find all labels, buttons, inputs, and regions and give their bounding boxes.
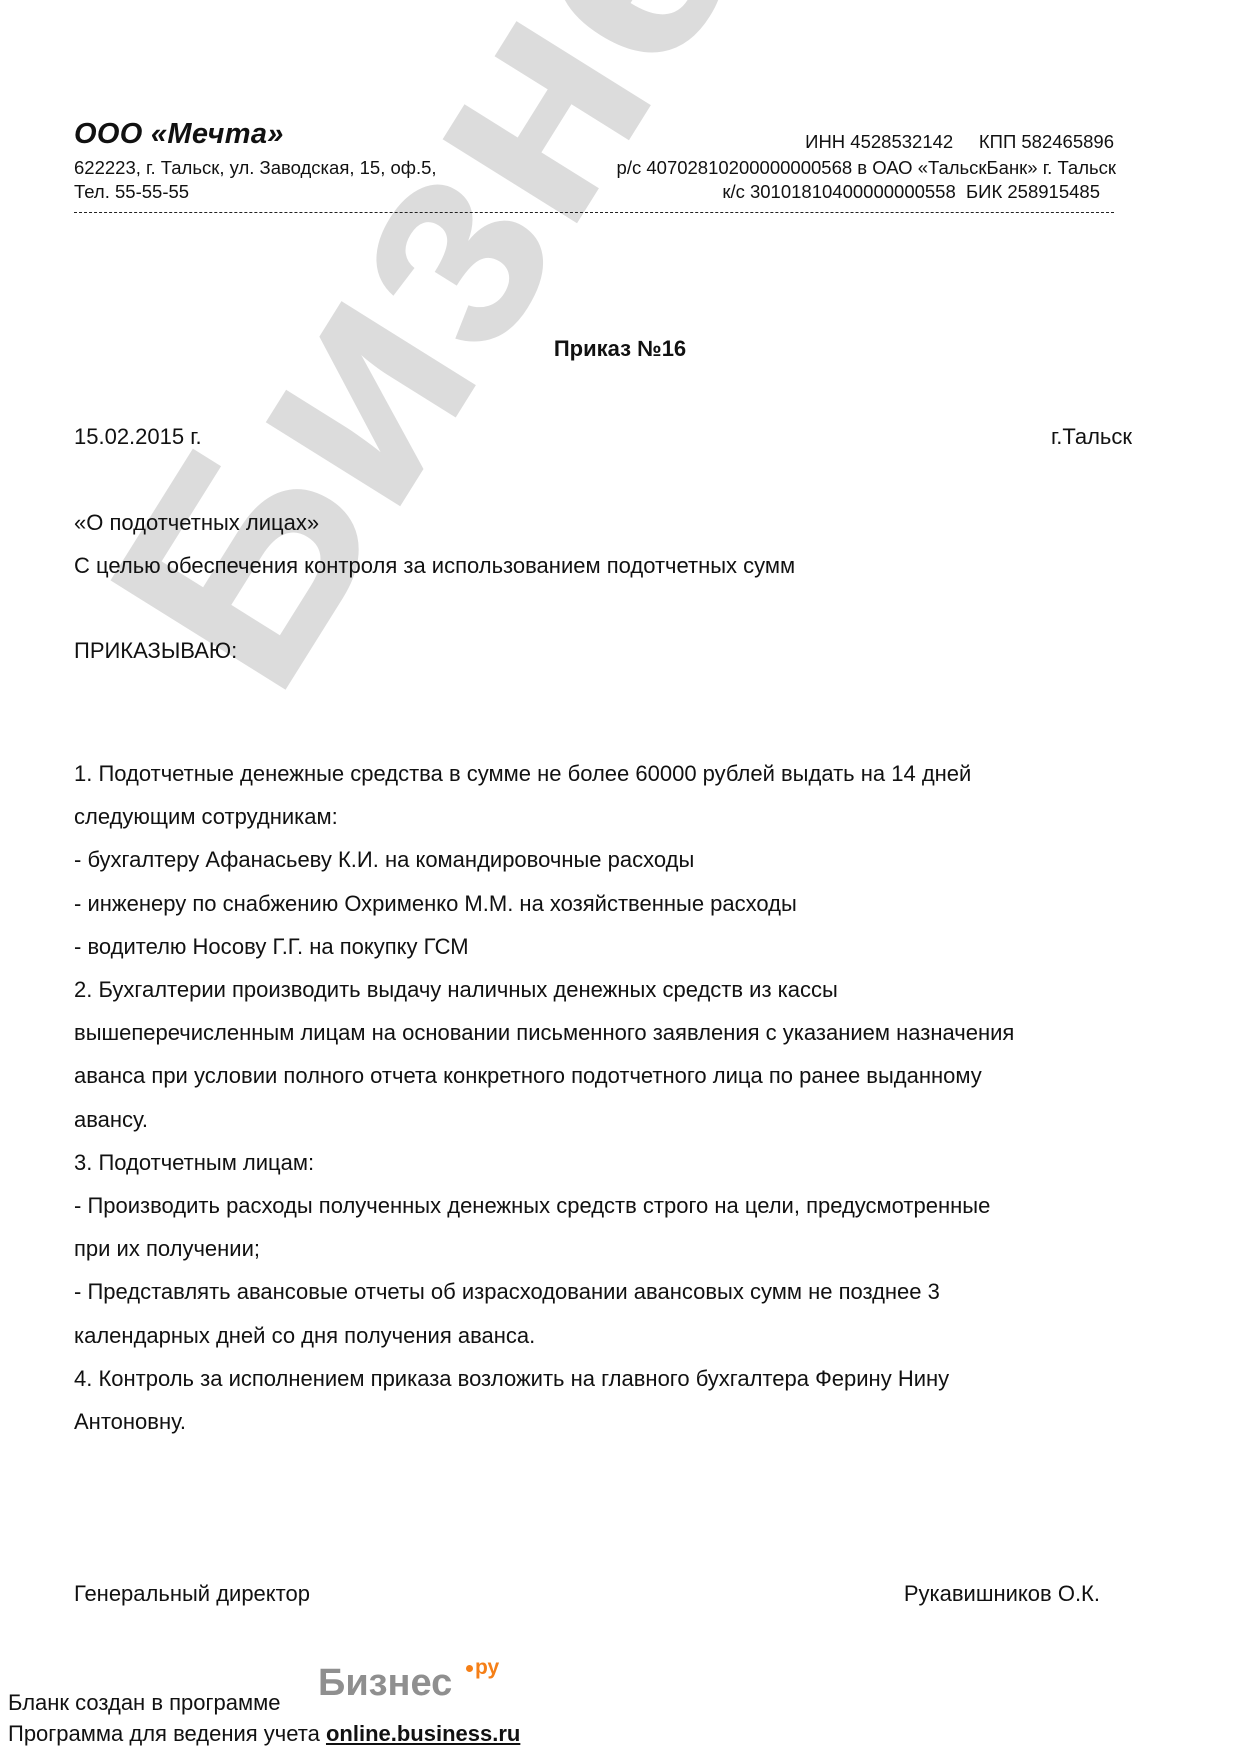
order-line: - инженеру по снабжению Охрименко М.М. н… xyxy=(74,882,1154,925)
inn-kpp: ИНН 4528532142 КПП 582465896 xyxy=(805,130,1114,154)
dot-icon xyxy=(466,1665,473,1672)
company-address: 622223, г. Тальск, ул. Заводская, 15, оф… xyxy=(74,156,437,180)
order-line: 3. Подотчетным лицам: xyxy=(74,1141,1154,1184)
document-title: Приказ №16 xyxy=(0,336,1240,362)
order-line: 2. Бухгалтерии производить выдачу наличн… xyxy=(74,968,1154,1011)
document-subject: «О подотчетных лицах» xyxy=(74,510,319,536)
order-line: 1. Подотчетные денежные средства в сумме… xyxy=(74,752,1154,795)
company-phone: Тел. 55-55-55 xyxy=(74,180,189,204)
order-line: Антоновну. xyxy=(74,1400,1154,1443)
order-line: - водителю Носову Г.Г. на покупку ГСМ xyxy=(74,925,1154,968)
order-word: ПРИКАЗЫВАЮ: xyxy=(74,638,237,664)
order-line: - Представлять авансовые отчеты об израс… xyxy=(74,1270,1154,1313)
order-line: при их получении; xyxy=(74,1227,1154,1270)
document-city: г.Тальск xyxy=(1051,424,1132,450)
footer-program-text: Программа для ведения учета xyxy=(8,1721,320,1746)
order-line: - Производить расходы полученных денежны… xyxy=(74,1184,1154,1227)
bank-account: р/с 40702810200000000568 в ОАО «ТальскБа… xyxy=(617,156,1116,180)
corr-account-bik: к/с 30101810400000000558 БИК 258915485 xyxy=(722,180,1100,204)
footer-program: Программа для ведения учета online.busin… xyxy=(8,1721,520,1747)
order-line: 4. Контроль за исполнением приказа возло… xyxy=(74,1357,1154,1400)
online-business-link[interactable]: online.business.ru xyxy=(326,1721,520,1746)
document-date: 15.02.2015 г. xyxy=(74,424,202,450)
order-line: следующим сотрудникам: xyxy=(74,795,1154,838)
order-line: авансу. xyxy=(74,1098,1154,1141)
order-line: вышеперечисленным лицам на основании пис… xyxy=(74,1011,1154,1054)
footer-created-in: Бланк создан в программе xyxy=(8,1690,281,1716)
order-line: аванса при условии полного отчета конкре… xyxy=(74,1054,1154,1097)
business-ru-logo-suffix: ру xyxy=(466,1656,499,1680)
signer-position: Генеральный директор xyxy=(74,1581,310,1607)
order-line: - бухгалтеру Афанасьеву К.И. на командир… xyxy=(74,838,1154,881)
order-line: календарных дней со дня получения аванса… xyxy=(74,1314,1154,1357)
logo-suffix-text: ру xyxy=(475,1656,499,1679)
company-name: ООО «Мечта» xyxy=(74,118,284,151)
document-preamble: С целью обеспечения контроля за использо… xyxy=(74,553,795,579)
order-body: 1. Подотчетные денежные средства в сумме… xyxy=(74,752,1154,1443)
business-ru-logo: Бизнес xyxy=(318,1662,452,1705)
watermark: Бизнес.Ру xyxy=(40,0,1134,743)
signer-name: Рукавишников О.К. xyxy=(904,1581,1100,1607)
header-divider xyxy=(74,212,1114,213)
